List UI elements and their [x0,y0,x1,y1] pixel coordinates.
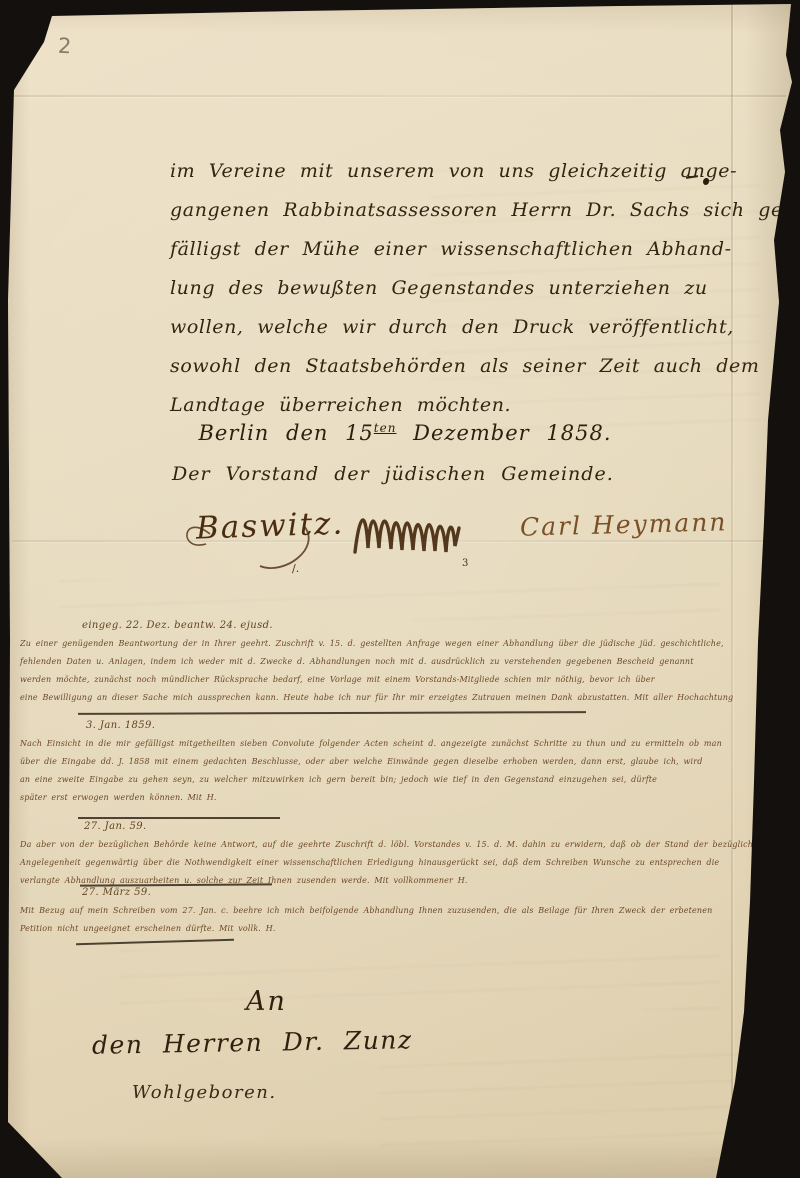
letter-line: gangenen Rabbinatsassessoren Herrn Dr. S… [170,191,710,230]
annotation-line: später erst erwogen werden können. Mit H… [20,789,744,807]
dateline-ordinal: ten [374,421,397,435]
letter-line: wollen, welche wir durch den Druck veröf… [170,308,710,347]
signature-scrawl [352,500,502,562]
letter-body: im Vereine mit unserem von uns gleichzei… [170,152,710,425]
signature-baswitz: Baswitz. [195,505,344,546]
annotation-date: 27. März 59. [82,887,744,898]
annotation-line: werden möchte, zunächst noch mündlicher … [20,671,744,689]
show-through-text [120,950,720,1010]
dateline-prefix: Berlin den 15 [198,421,373,445]
pencil-page-number: 2 [57,34,72,59]
annotation-line: Nach Einsicht in die mir gefälligst mitg… [20,735,744,753]
annotation-line: fehlenden Daten u. Anlagen, indem ich we… [20,653,744,671]
show-through-text [60,580,720,620]
address-an: An [246,986,287,1017]
letter-sender-line: Der Vorstand der jüdischen Gemeinde. [172,463,614,485]
letter-line: Landtage überreichen möchten. [170,386,710,425]
annotation-line: Petition nicht ungeeignet erscheinen dür… [20,920,744,938]
photo-background: 2 im Vereine mit unserem von uns gleichz… [0,0,800,1178]
address-honorific: Wohlgeboren. [132,1082,277,1103]
annotation-date: eingeg. 22. Dez. beantw. 24. ejusd. [82,620,744,631]
annotation-line: Mit Bezug auf mein Schreiben vom 27. Jan… [20,902,744,920]
letter-line: sowohl den Staatsbehörden als seiner Zei… [170,347,710,386]
letter-dateline: Berlin den 15ten Dezember 1858. [170,421,640,445]
letter-line: im Vereine mit unserem von uns gleichzei… [170,152,710,191]
letter-line: lung des bewußten Gegenstandes unterzieh… [170,269,710,308]
annotation-entry-3: 27. Jan. 59. Da aber von der bezüglichen… [20,821,744,890]
annotation-line: Zu einer genügenden Beantwortung der in … [20,635,744,653]
annotation-date: 27. Jan. 59. [84,821,744,832]
annotation-line: Angelegenheit gegenwärtig über die Nothw… [20,854,744,872]
annotation-divider [76,939,234,945]
signature-mark-middle: 3 [462,558,468,569]
letter-line: fälligst der Mühe einer wissenschaftlich… [170,230,710,269]
annotation-line: Da aber von der bezüglichen Behörde kein… [20,836,744,854]
annotation-divider [78,817,280,819]
show-through-text [380,1040,740,1160]
signature-mark-left: /. [292,562,299,575]
fold-crease-horizontal-top [12,95,786,97]
annotation-entry-4: 27. März 59. Mit Bezug auf mein Schreibe… [20,887,744,938]
annotation-divider [78,711,586,715]
signature-row: Baswitz. /. 3 Carl Heymann [0,496,800,586]
paper-sheet: 2 im Vereine mit unserem von uns gleichz… [0,0,800,1178]
dateline-suffix: Dezember 1858. [396,421,611,445]
annotation-line: über die Eingabe dd. J. 1858 mit einem g… [20,753,744,771]
annotation-entry-2: 3. Jan. 1859. Nach Einsicht in die mir g… [20,720,744,807]
annotation-line: an eine zweite Eingabe zu gehen seyn, zu… [20,771,744,789]
address-recipient: den Herren Dr. Zunz [92,1025,413,1060]
annotation-line: eine Bewilligung an dieser Sache mich au… [20,689,744,707]
annotation-date: 3. Jan. 1859. [86,720,744,731]
annotation-entry-1: eingeg. 22. Dez. beantw. 24. ejusd. Zu e… [20,620,744,707]
signature-heymann: Carl Heymann [520,507,728,541]
